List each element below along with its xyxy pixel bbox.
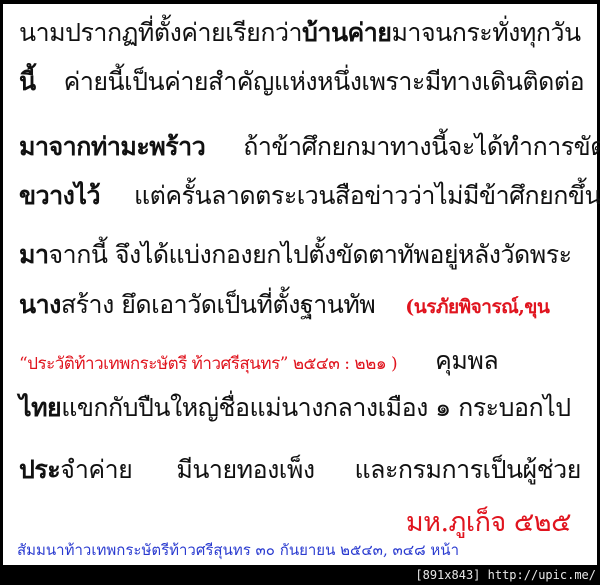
text-segment: แขกกับปืนใหญ่ชื่อแม่นางกลางเมือง ๑ กระบอ…: [61, 393, 570, 422]
text-line-2: นี้ค่ายนี้เป็นค่ายสำคัญแห่งหนึ่งเพราะมีท…: [19, 67, 584, 97]
text-segment: จำค่าย: [60, 455, 132, 484]
text-segment: คุมพล: [435, 346, 498, 375]
text-line-7: “ประวัติท้าวเทพกระษัตรี ท้าวศรีสุนทร” ๒๕…: [19, 346, 498, 379]
text-segment: ขวางไว้: [19, 181, 100, 210]
text-segment: จากนี้ จึงได้แบ่งกองยกไปตั้งขัดตาทัพอยู่…: [49, 240, 572, 269]
citation-title: “ประวัติท้าวเทพกระษัตรี ท้าวศรีสุนทร” ๒๕…: [19, 354, 397, 374]
text-segment: แต่ครั้นลาดตระเวนสือข่าวว่าไม่มีข้าศึกยก…: [134, 181, 600, 210]
bold-lead-word: นี้: [19, 67, 36, 96]
bold-term-ban-khai: บ้านค่าย: [302, 18, 391, 47]
text-line-4: ขวางไว้แต่ครั้นลาดตระเวนสือข่าวว่าไม่มีข…: [19, 181, 600, 211]
source-note: สัมมนาท้าวเทพกระษัตรีท้าวศรีสุนทร ๓๐ กัน…: [17, 540, 459, 560]
text-segment: ถ้าข้าศึกยกมาทางนี้จะได้ทำการขัด: [243, 132, 600, 161]
text-segment: และกรมการเป็นผู้ช่วย: [355, 455, 581, 484]
text-line-5: มาจากนี้ จึงได้แบ่งกองยกไปตั้งขัดตาทัพอย…: [19, 240, 572, 270]
text-segment: มีนายทองเพ็ง: [176, 455, 314, 484]
bold-lead-word: นาง: [19, 290, 61, 319]
bold-lead-word: ประ: [19, 455, 60, 484]
reference-code: มห.ภูเก็จ ๕๒๕: [406, 506, 571, 540]
watermark-text: [891x843] http://upic.me/: [415, 567, 596, 583]
bold-lead-word: มา: [19, 240, 49, 269]
text-segment: สร้าง ยึดเอาวัดเป็นที่ตั้งฐานทัพ: [61, 290, 375, 319]
bold-lead-word: ไทย: [19, 393, 61, 422]
text-segment: มาจากท่ามะพร้าว: [19, 132, 205, 161]
text-segment: นามปรากฏที่ตั้งค่ายเรียกว่า: [19, 18, 302, 47]
text-segment: มาจนกระทั่งทุกวัน: [391, 18, 580, 47]
text-segment: ค่ายนี้เป็นค่ายสำคัญแห่งหนึ่งเพราะมีทางเ…: [64, 67, 585, 96]
text-line-3: มาจากท่ามะพร้าวถ้าข้าศึกยกมาทางนี้จะได้ท…: [19, 132, 600, 162]
citation-author: (นรภัยพิจารณ์,ขุน: [405, 296, 549, 318]
text-line-8: ไทยแขกกับปืนใหญ่ชื่อแม่นางกลางเมือง ๑ กร…: [19, 393, 571, 423]
text-line-1: นามปรากฏที่ตั้งค่ายเรียกว่าบ้านค่ายมาจนก…: [19, 18, 581, 48]
document-page: นามปรากฏที่ตั้งค่ายเรียกว่าบ้านค่ายมาจนก…: [3, 4, 597, 565]
text-line-9: ประจำค่ายมีนายทองเพ็งและกรมการเป็นผู้ช่ว…: [19, 455, 581, 485]
text-line-6: นางสร้าง ยึดเอาวัดเป็นที่ตั้งฐานทัพ(นรภั…: [19, 290, 549, 322]
